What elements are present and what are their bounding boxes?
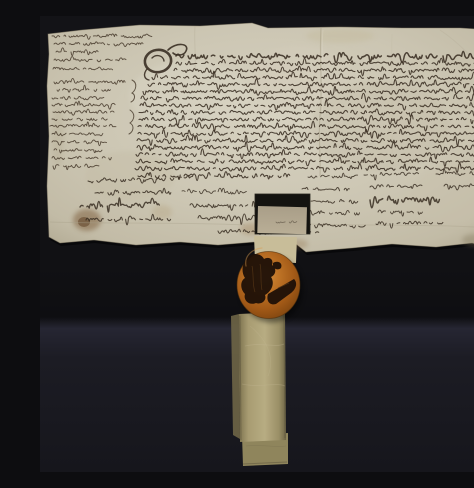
tag-slot-cutout [255, 194, 310, 234]
manuscript-artwork [40, 16, 474, 472]
manuscript-photograph: Parchment deed with pendant wax seal [40, 16, 474, 472]
stain [152, 205, 172, 219]
tag-through-slot [257, 206, 307, 234]
tag-back-layer-edge [231, 314, 240, 439]
tag-front-strip [239, 312, 286, 442]
stain [306, 29, 374, 43]
